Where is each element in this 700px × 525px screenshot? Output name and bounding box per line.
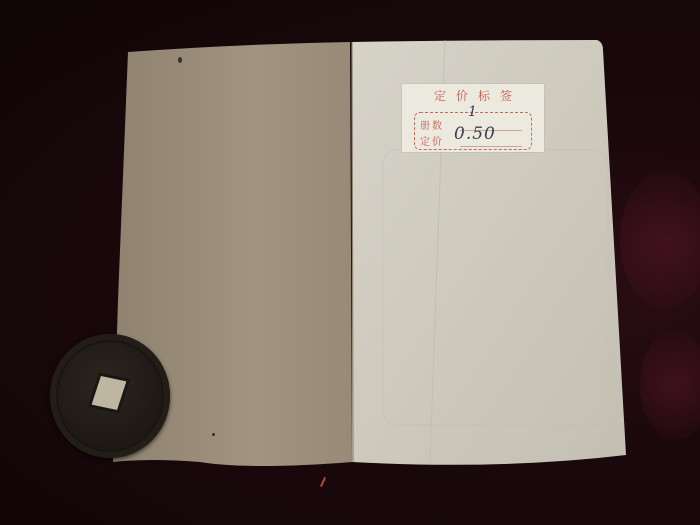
price-label-title: 定价标签 bbox=[402, 87, 544, 104]
cash-coin bbox=[50, 334, 170, 458]
price-line bbox=[460, 146, 522, 147]
page-speck bbox=[212, 433, 215, 436]
coin-square-hole bbox=[92, 376, 127, 410]
handwritten-price: 0.50 bbox=[454, 124, 496, 144]
page-speck bbox=[178, 57, 182, 63]
handwritten-volume-count: 1 bbox=[468, 104, 477, 120]
price-field-label: 定价 bbox=[420, 133, 444, 148]
volume-count-label: 册数 bbox=[420, 117, 444, 132]
photo-scene: 定价标签 册数 定价 1 0.50 bbox=[0, 0, 700, 525]
